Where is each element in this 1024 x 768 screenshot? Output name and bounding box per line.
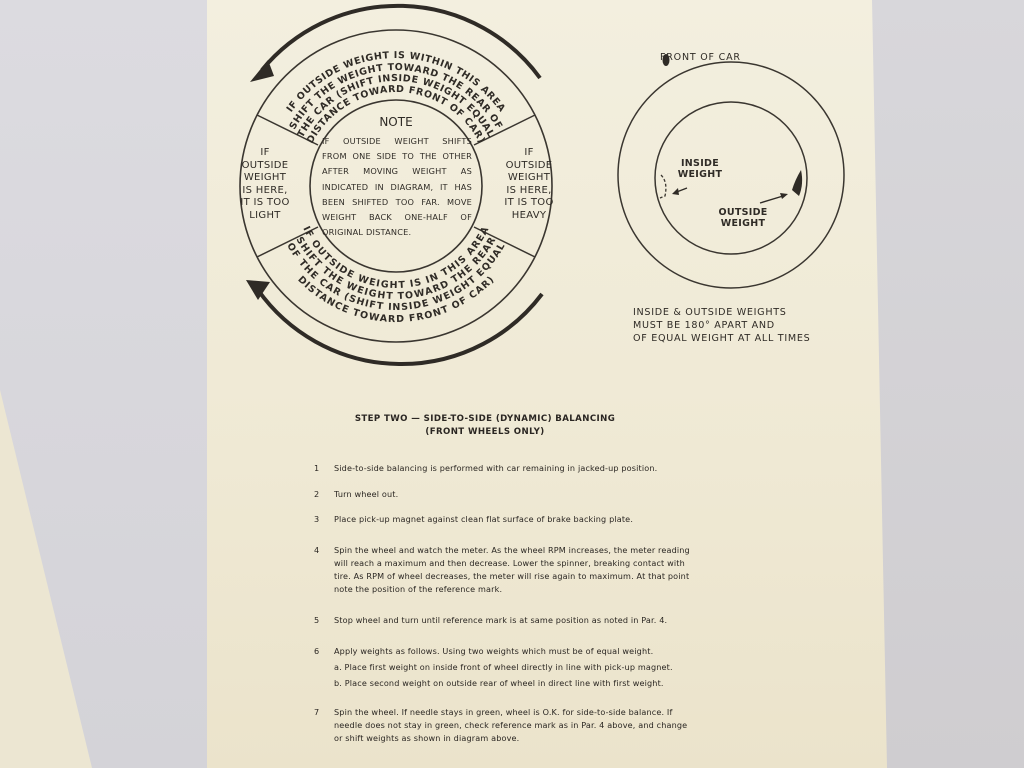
- list-item: 4 Spin the wheel and watch the meter. As…: [314, 544, 764, 596]
- step-number: 7: [314, 706, 319, 719]
- step-text: or shift weights as shown in diagram abo…: [334, 732, 764, 745]
- label-line: WEIGHT: [672, 169, 728, 180]
- list-item: 5 Stop wheel and turn until reference ma…: [314, 614, 764, 627]
- seg-line: WEIGHT: [498, 172, 560, 185]
- note-line: FROM ONE SIDE TO THE OTHER: [322, 149, 472, 164]
- step-text: Apply weights as follows. Using two weig…: [334, 645, 764, 658]
- note-line: WEIGHT BACK ONE-HALF OF: [322, 210, 472, 225]
- seg-line: IF: [498, 147, 560, 160]
- note-line: ORIGINAL DISTANCE.: [322, 225, 472, 240]
- section-subtitle: (FRONT WHEELS ONLY): [280, 426, 690, 439]
- step-text: note the position of the reference mark.: [334, 583, 764, 596]
- step-text: Spin the wheel. If needle stays in green…: [334, 706, 764, 719]
- step-text: Spin the wheel and watch the meter. As t…: [334, 544, 764, 557]
- seg-line: IF: [236, 147, 294, 160]
- inside-weight-icon: [660, 175, 666, 198]
- step-number: 1: [314, 462, 319, 475]
- list-item: 3 Place pick-up magnet against clean fla…: [314, 513, 764, 526]
- top-arc-line-3: THE CAR (SHIFT INSIDE WEIGHT EQUAL: [296, 73, 497, 139]
- seg-line: OUTSIDE: [498, 160, 560, 173]
- seg-line: WEIGHT: [236, 172, 294, 185]
- note-line: IF OUTSIDE WEIGHT SHIFTS: [322, 134, 472, 149]
- svg-text:SHIFT THE WEIGHT TOWARD THE RE: SHIFT THE WEIGHT TOWARD THE REAR: [294, 235, 499, 302]
- label-line: INSIDE: [672, 158, 728, 169]
- weights-caption: INSIDE & OUTSIDE WEIGHTS MUST BE 180° AP…: [633, 306, 810, 345]
- note-title: NOTE: [316, 115, 476, 129]
- list-item: 7 Spin the wheel. If needle stays in gre…: [314, 706, 764, 745]
- label-line: WEIGHT: [710, 218, 776, 229]
- note-body: IF OUTSIDE WEIGHT SHIFTS FROM ONE SIDE T…: [322, 134, 472, 240]
- step-text: Turn wheel out.: [334, 488, 764, 501]
- step-text: needle does not stay in green, check ref…: [334, 719, 764, 732]
- step-number: 2: [314, 488, 319, 501]
- section-title: STEP TWO — SIDE-TO-SIDE (DYNAMIC) BALANC…: [280, 413, 690, 426]
- step-text: b. Place second weight on outside rear o…: [334, 677, 764, 690]
- seg-line: IT IS TOO: [236, 197, 294, 210]
- label-line: OUTSIDE: [710, 207, 776, 218]
- heavy-segment-label: IF OUTSIDE WEIGHT IS HERE, IT IS TOO HEA…: [498, 147, 560, 222]
- step-number: 5: [314, 614, 319, 627]
- light-segment-label: IF OUTSIDE WEIGHT IS HERE, IT IS TOO LIG…: [236, 147, 294, 222]
- seg-line: OUTSIDE: [236, 160, 294, 173]
- front-of-car-label: FRONT OF CAR: [660, 52, 741, 63]
- list-item: 6 Apply weights as follows. Using two we…: [314, 645, 764, 690]
- steps-list: 1 Side-to-side balancing is performed wi…: [314, 462, 764, 758]
- step-text: Place pick-up magnet against clean flat …: [334, 513, 764, 526]
- step-number: 6: [314, 645, 319, 658]
- seg-line: IS HERE,: [498, 185, 560, 198]
- step-text: a. Place first weight on inside front of…: [334, 661, 764, 674]
- caption-line: OF EQUAL WEIGHT AT ALL TIMES: [633, 332, 810, 345]
- note-line: BEEN SHIFTED TOO FAR. MOVE: [322, 195, 472, 210]
- outside-weight-icon: [792, 170, 802, 196]
- outside-weight-label: OUTSIDE WEIGHT: [710, 207, 776, 229]
- list-item: 1 Side-to-side balancing is performed wi…: [314, 462, 764, 475]
- step-text: Stop wheel and turn until reference mark…: [334, 614, 764, 627]
- list-item: 2 Turn wheel out.: [314, 488, 764, 501]
- seg-line: IT IS TOO: [498, 197, 560, 210]
- svg-text:THE CAR (SHIFT INSIDE WEIGHT E: THE CAR (SHIFT INSIDE WEIGHT EQUAL: [296, 73, 497, 139]
- seg-line: LIGHT: [236, 210, 294, 223]
- section-heading: STEP TWO — SIDE-TO-SIDE (DYNAMIC) BALANC…: [280, 413, 690, 439]
- bottom-arc-line-2: SHIFT THE WEIGHT TOWARD THE REAR: [294, 235, 499, 302]
- step-text: tire. As RPM of wheel decreases, the met…: [334, 570, 764, 583]
- seg-line: HEAVY: [498, 210, 560, 223]
- step-number: 4: [314, 544, 319, 557]
- caption-line: MUST BE 180° APART AND: [633, 319, 810, 332]
- note-line: INDICATED IN DIAGRAM, IT HAS: [322, 180, 472, 195]
- step-number: 3: [314, 513, 319, 526]
- caption-line: INSIDE & OUTSIDE WEIGHTS: [633, 306, 810, 319]
- step-text: will reach a maximum and then decrease. …: [334, 557, 764, 570]
- seg-line: IS HERE,: [236, 185, 294, 198]
- step-text: Side-to-side balancing is performed with…: [334, 462, 764, 475]
- note-line: AFTER MOVING WEIGHT AS: [322, 164, 472, 179]
- inside-weight-label: INSIDE WEIGHT: [672, 158, 728, 180]
